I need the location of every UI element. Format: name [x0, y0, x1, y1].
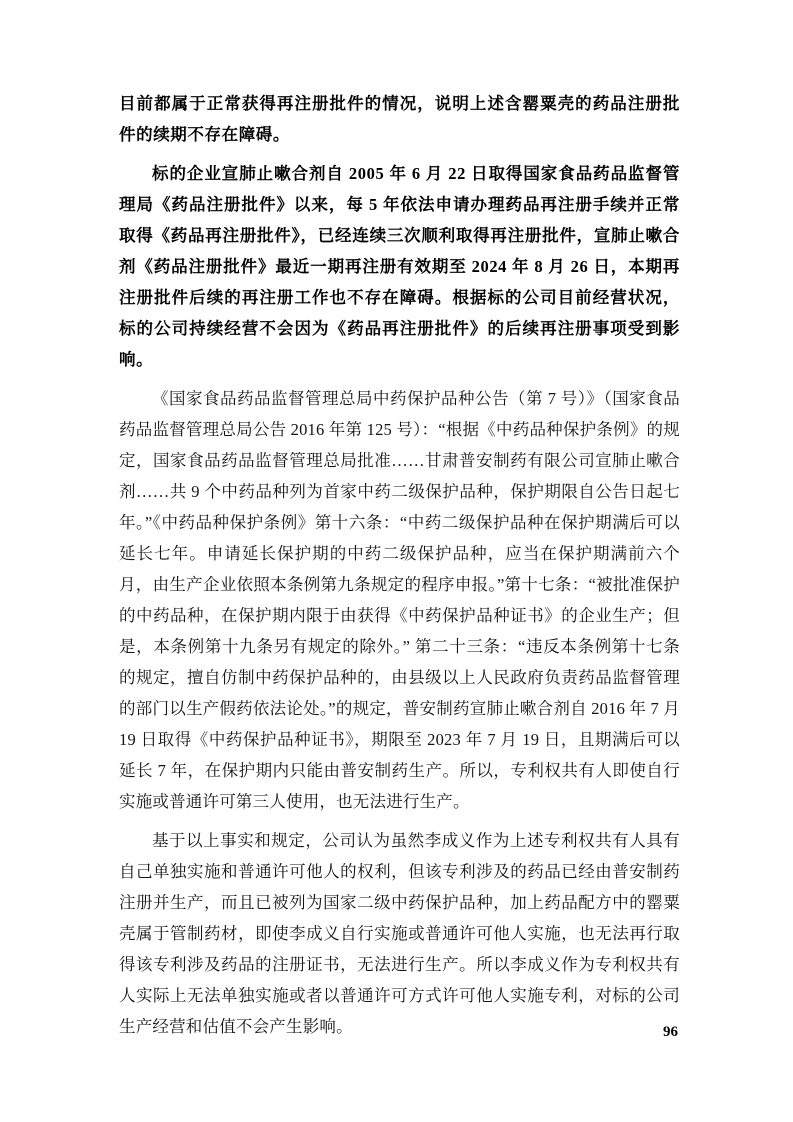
text-body: 目前都属于正常获得再注册批件的情况，说明上述含罂粟壳的药品注册批件的续期不存在障… [119, 88, 680, 1042]
paragraph-conclusion: 基于以上事实和规定，公司认为虽然李成义作为上述专利权共有人具有自己单独实施和普通… [119, 825, 680, 1042]
paragraph-drug-reregistration-history: 标的企业宣肺止嗽合剂自 2005 年 6 月 22 日取得国家食品药品监督管理局… [119, 158, 680, 375]
paragraph-reregistration-continuation: 目前都属于正常获得再注册批件的情况，说明上述含罂粟壳的药品注册批件的续期不存在障… [119, 88, 680, 150]
paragraph-tcm-protection-regulations: 《国家食品药品监督管理总局中药保护品种公告（第 7 号）》（国家食品药品监督管理… [119, 383, 680, 817]
document-page: 目前都属于正常获得再注册批件的情况，说明上述含罂粟壳的药品注册批件的续期不存在障… [0, 0, 793, 1122]
page-number: 96 [663, 1024, 678, 1041]
